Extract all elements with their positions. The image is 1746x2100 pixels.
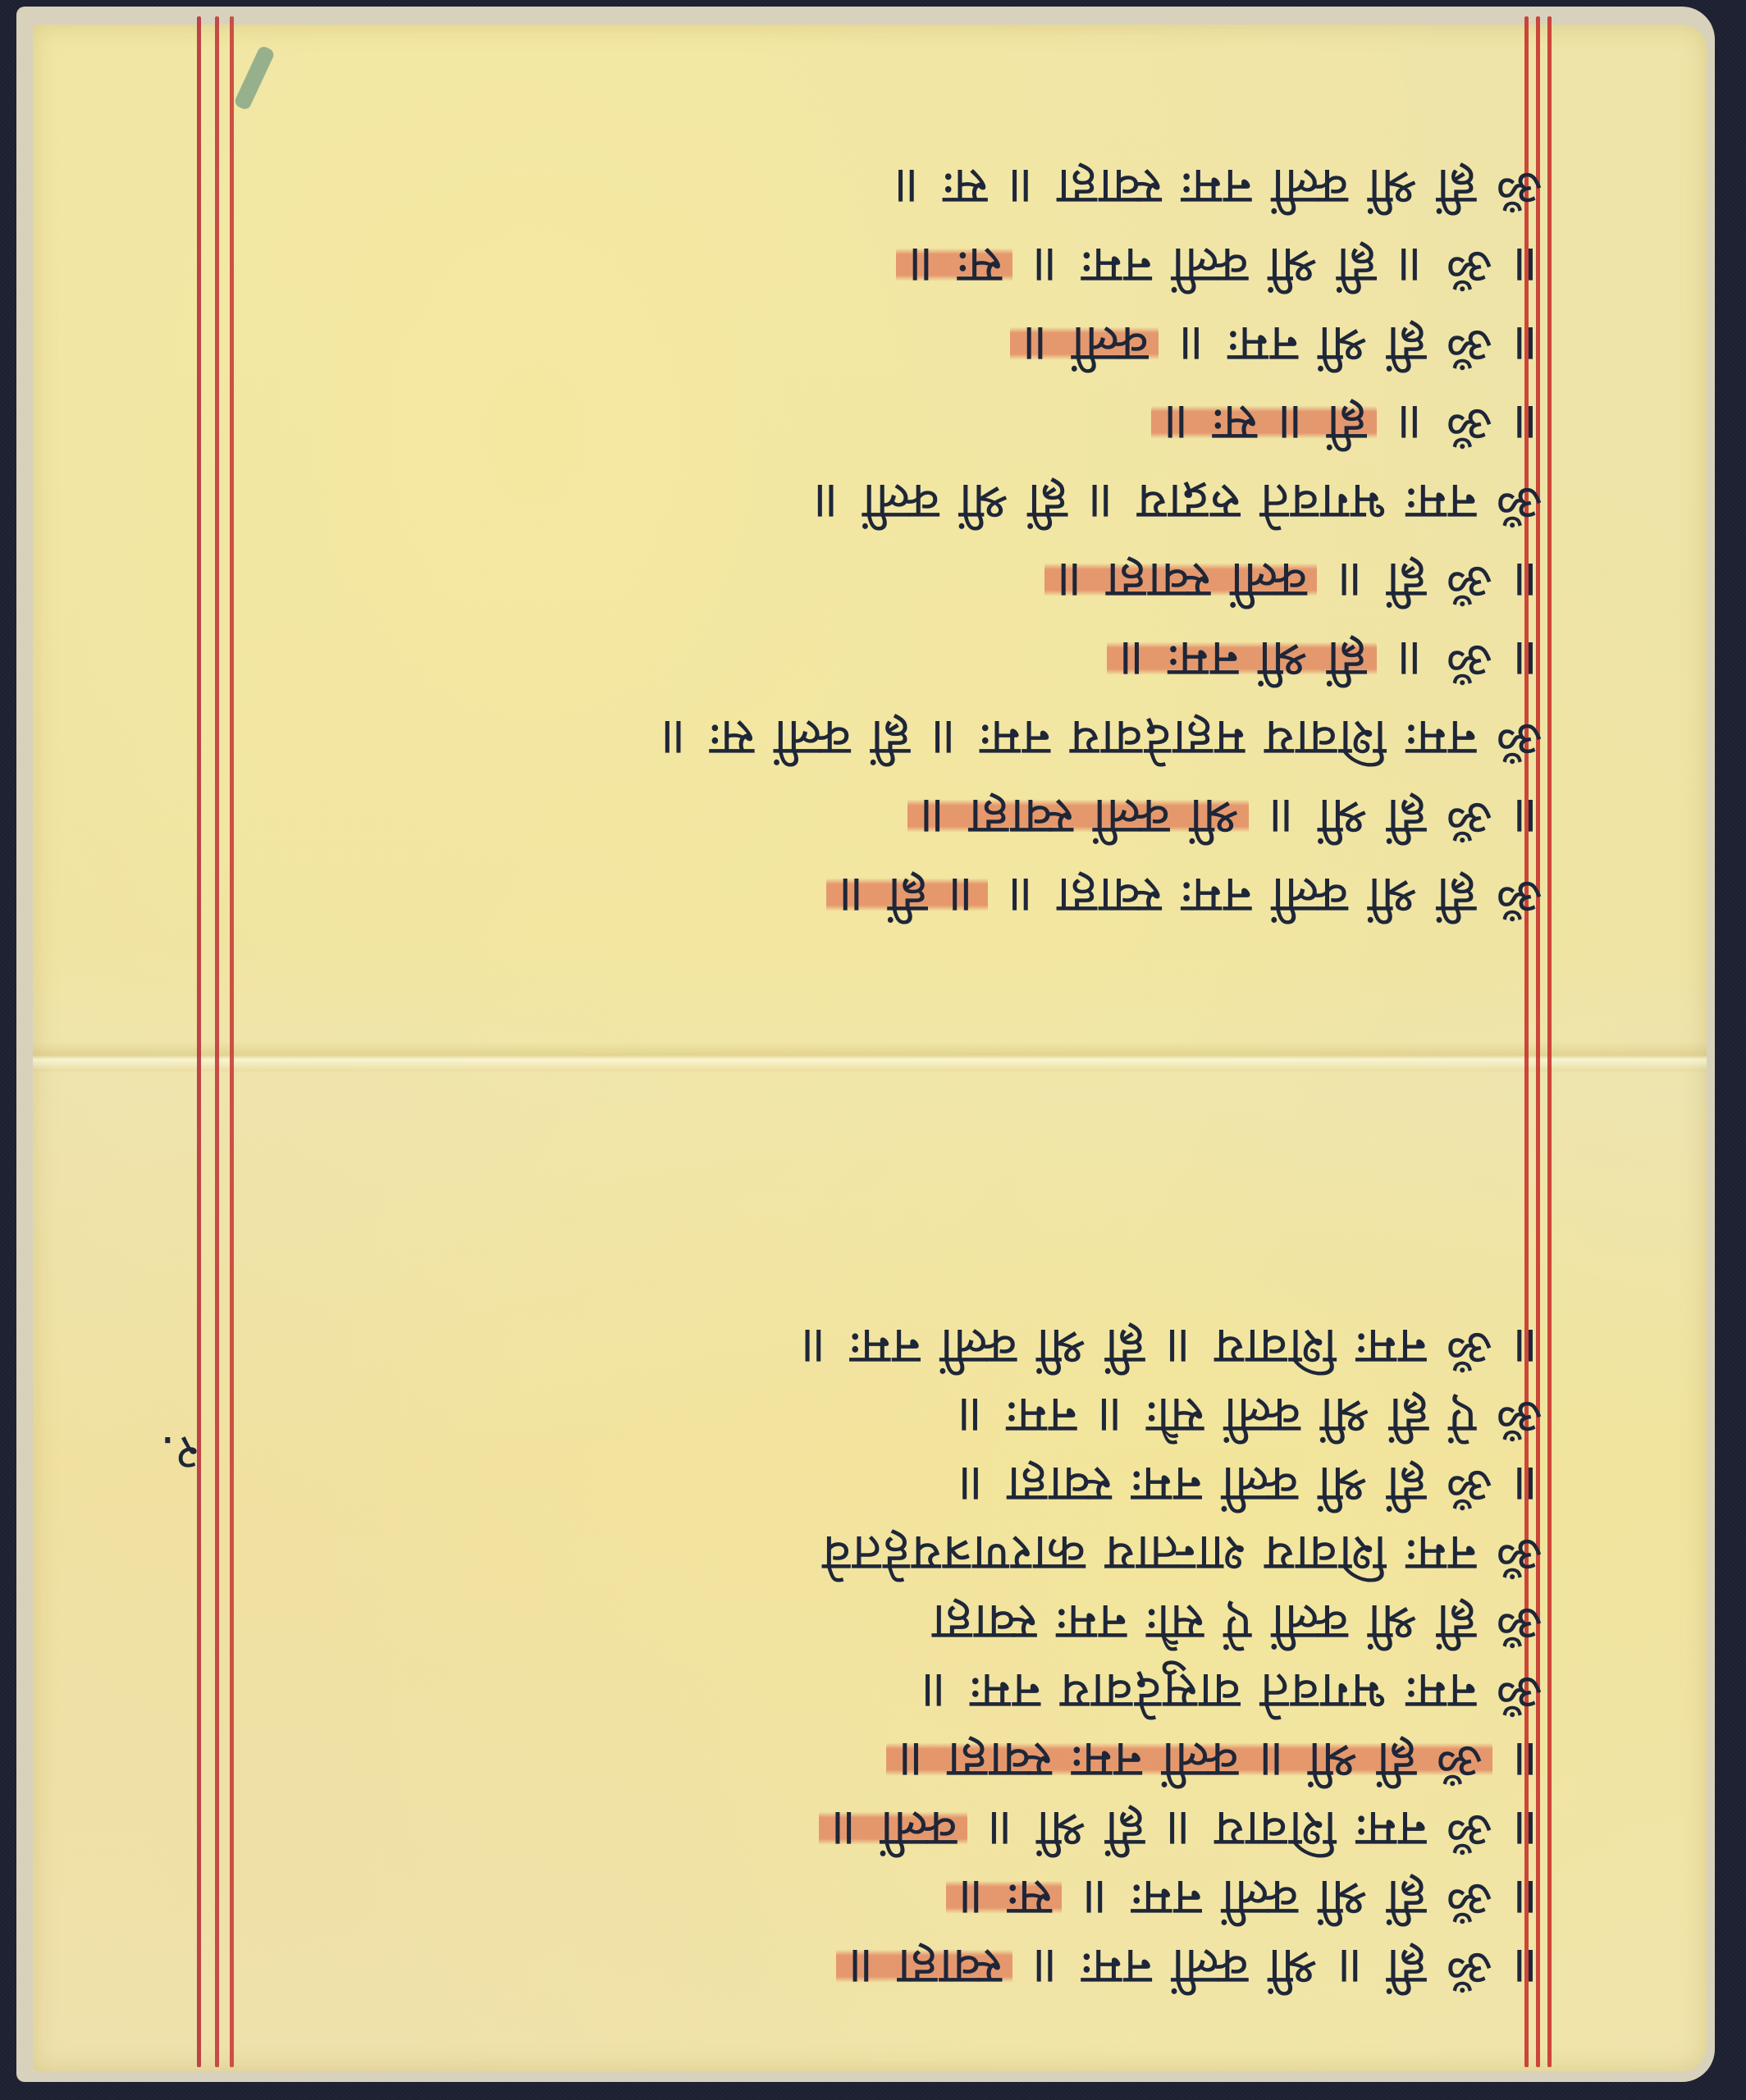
text-line: ॥ ॐ ह्रीं श्रीं नमः ॥ क्लीं ॥ xyxy=(230,305,1543,384)
page-fold-crease xyxy=(33,1042,1707,1071)
text-line: ॐ ह्रीं श्रीं क्लीं नमः स्वाहा ॥ ॥ ह्रीं… xyxy=(230,856,1543,935)
text-line: ॐ नमः भगवते वासुदेवाय नमः ॥ xyxy=(230,1657,1543,1726)
lower-text-panel: ॥ ॐ ह्रीं ॥ श्रीं क्लीं नमः ॥ स्वाहा ॥ ॥… xyxy=(230,1181,1543,2002)
text-line: ॥ ॐ नमः शिवाय ॥ ह्रीं श्रीं ॥ क्लीं ॥ xyxy=(230,1795,1543,1864)
text-line: ॥ ॐ ह्रीं श्रीं ॥ श्रीं क्लीं स्वाहा ॥ xyxy=(230,778,1543,856)
text-line: ॐ ह्रीं श्रीं क्लीं नमः स्वाहा ॥ सः ॥ xyxy=(230,148,1543,226)
text-line: ॐ नमः शिवाय शान्ताय कारणत्रयहेतवे xyxy=(230,1519,1543,1588)
text-line: ॥ ॐ ह्रीं श्रीं क्लीं नमः स्वाहा ॥ xyxy=(230,1450,1543,1519)
text-line: ॥ ॐ ॥ ह्रीं श्रीं नमः ॥ xyxy=(230,620,1543,699)
text-line: ॥ ॐ ह्रीं ॥ श्रीं क्लीं नमः ॥ स्वाहा ॥ xyxy=(230,1933,1543,2002)
folio-number: २. xyxy=(160,1423,200,1488)
text-line: ॥ ॐ नमः शिवाय ॥ ह्रीं श्रीं क्लीं नमः ॥ xyxy=(230,1312,1543,1381)
text-line: ॥ ॐ ॥ ह्रीं श्रीं क्लीं नमः ॥ सः ॥ xyxy=(230,226,1543,305)
upper-text-panel: ॐ ह्रीं श्रीं क्लीं नमः स्वाहा ॥ ॥ ह्रीं… xyxy=(230,148,1543,935)
text-line: ॥ ॐ ह्रीं ॥ क्लीं स्वाहा ॥ xyxy=(230,541,1543,620)
text-line: ॐ ऐं ह्रीं श्रीं क्लीं सौः ॥ नमः ॥ xyxy=(230,1381,1543,1450)
text-line: ॐ नमः शिवाय महादेवाय नमः ॥ ह्रीं क्लीं स… xyxy=(230,699,1543,778)
text-line: ॥ ॐ ह्रीं श्रीं ॥ क्लीं नमः स्वाहा ॥ xyxy=(230,1726,1543,1795)
text-line: ॐ ह्रीं श्रीं क्लीं ऐं सौः नमः स्वाहा xyxy=(230,1588,1543,1657)
text-line: ॥ ॐ ॥ ह्रीं ॥ सः ॥ xyxy=(230,384,1543,463)
text-line: ॐ नमः भगवते रुद्राय ॥ ह्रीं श्रीं क्लीं … xyxy=(230,463,1543,541)
text-line: ॥ ॐ ह्रीं श्रीं क्लीं नमः ॥ सः ॥ xyxy=(230,1864,1543,1933)
